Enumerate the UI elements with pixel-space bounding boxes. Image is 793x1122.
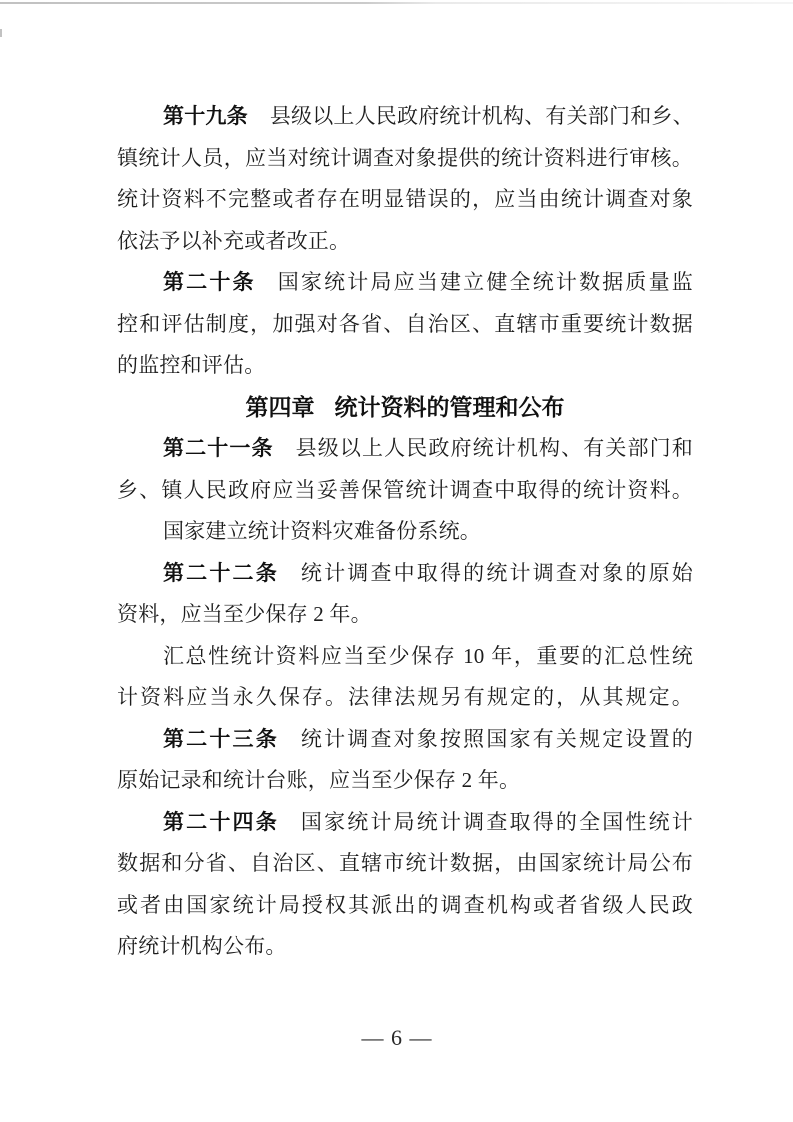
- scan-artifact-top-edge: [0, 2, 793, 4]
- article-19-line-1: 第十九条县级以上人民政府统计机构、有关部门和乡、: [117, 96, 693, 138]
- article-24-label: 第二十四条: [163, 811, 279, 834]
- article-21-line-1-text: 县级以上人民政府统计机构、有关部门和: [296, 436, 693, 460]
- document-body: 第十九条县级以上人民政府统计机构、有关部门和乡、 镇统计人员，应当对统计调查对象…: [117, 96, 693, 968]
- article-20-line-3: 的监控和评估。: [117, 345, 693, 387]
- chapter-heading: 第四章统计资料的管理和公布: [117, 387, 693, 429]
- article-21-line-1: 第二十一条县级以上人民政府统计机构、有关部门和: [117, 428, 693, 470]
- article-20-line-1-text: 国家统计局应当建立健全统计数据质量监: [278, 270, 693, 294]
- article-21: 第二十一条县级以上人民政府统计机构、有关部门和 乡、镇人民政府应当妥善保管统计调…: [117, 428, 693, 511]
- article-20-line-1: 第二十条国家统计局应当建立健全统计数据质量监: [117, 262, 693, 304]
- article-24-line-1: 第二十四条国家统计局统计调查取得的全国性统计: [117, 802, 693, 844]
- article-21-label: 第二十一条: [163, 437, 274, 460]
- article-22-label: 第二十二条: [163, 562, 279, 585]
- article-19-line-2: 镇统计人员，应当对统计调查对象提供的统计资料进行审核。: [117, 138, 693, 180]
- article-23-line-1: 第二十三条统计调查对象按照国家有关规定设置的: [117, 719, 693, 761]
- article-19-label: 第十九条: [163, 105, 248, 128]
- paragraph-summary-retention-line-2: 计资料应当永久保存。法律法规另有规定的，从其规定。: [117, 677, 693, 719]
- article-24: 第二十四条国家统计局统计调查取得的全国性统计 数据和分省、自治区、直辖市统计数据…: [117, 802, 693, 968]
- article-19-line-4: 依法予以补充或者改正。: [117, 221, 693, 263]
- article-23-line-1-text: 统计调查对象按照国家有关规定设置的: [301, 727, 693, 751]
- chapter-number: 第四章: [246, 394, 315, 420]
- article-20-label: 第二十条: [163, 271, 256, 294]
- article-23-line-2: 原始记录和统计台账，应当至少保存 2 年。: [117, 760, 693, 802]
- article-24-line-4: 府统计机构公布。: [117, 926, 693, 968]
- article-23: 第二十三条统计调查对象按照国家有关规定设置的 原始记录和统计台账，应当至少保存 …: [117, 719, 693, 802]
- article-20-line-2: 控和评估制度，加强对各省、自治区、直辖市重要统计数据: [117, 304, 693, 346]
- article-23-label: 第二十三条: [163, 728, 279, 751]
- paragraph-disaster-backup: 国家建立统计资料灾难备份系统。: [117, 511, 693, 553]
- article-22: 第二十二条统计调查中取得的统计调查对象的原始 资料，应当至少保存 2 年。: [117, 553, 693, 636]
- article-19-line-1-text: 县级以上人民政府统计机构、有关部门和乡、: [270, 104, 694, 128]
- article-22-line-2: 资料，应当至少保存 2 年。: [117, 594, 693, 636]
- article-19-line-3: 统计资料不完整或者存在明显错误的，应当由统计调查对象: [117, 179, 693, 221]
- article-24-line-2: 数据和分省、自治区、直辖市统计数据，由国家统计局公布: [117, 843, 693, 885]
- article-21-line-2: 乡、镇人民政府应当妥善保管统计调查中取得的统计资料。: [117, 470, 693, 512]
- scan-artifact-left-edge: [0, 29, 2, 37]
- paragraph-summary-retention-line-1: 汇总性统计资料应当至少保存 10 年，重要的汇总性统: [117, 636, 693, 678]
- article-20: 第二十条国家统计局应当建立健全统计数据质量监 控和评估制度，加强对各省、自治区、…: [117, 262, 693, 387]
- document-page: 第十九条县级以上人民政府统计机构、有关部门和乡、 镇统计人员，应当对统计调查对象…: [0, 0, 793, 1122]
- article-22-line-1-text: 统计调查中取得的统计调查对象的原始: [301, 561, 693, 585]
- page-number: — 6 —: [0, 1023, 793, 1053]
- article-19: 第十九条县级以上人民政府统计机构、有关部门和乡、 镇统计人员，应当对统计调查对象…: [117, 96, 693, 262]
- paragraph-summary-retention: 汇总性统计资料应当至少保存 10 年，重要的汇总性统 计资料应当永久保存。法律法…: [117, 636, 693, 719]
- chapter-title: 统计资料的管理和公布: [335, 394, 565, 420]
- article-24-line-1-text: 国家统计局统计调查取得的全国性统计: [301, 810, 693, 834]
- paragraph-disaster-backup-line-1: 国家建立统计资料灾难备份系统。: [117, 511, 693, 553]
- article-24-line-3: 或者由国家统计局授权其派出的调查机构或者省级人民政: [117, 885, 693, 927]
- article-22-line-1: 第二十二条统计调查中取得的统计调查对象的原始: [117, 553, 693, 595]
